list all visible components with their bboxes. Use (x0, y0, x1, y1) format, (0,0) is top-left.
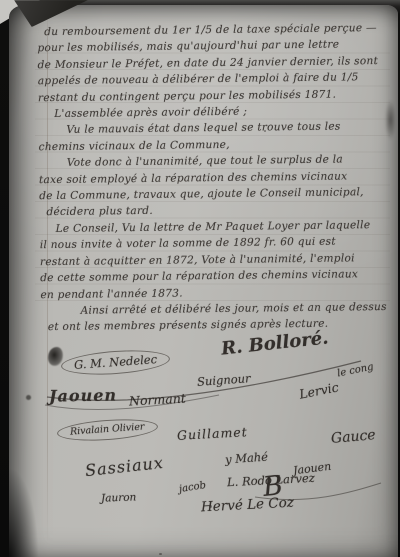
manuscript-text-block: du remboursement du 1er 1/5 de la taxe s… (37, 20, 398, 336)
signature-guillamet: Guillamet (177, 424, 248, 443)
signature-annotation-le-cong: le cong (336, 362, 374, 380)
signature-jacob: jacob (178, 480, 206, 495)
signature-jaouen-1: Jaouen (49, 385, 117, 405)
scanned-register-photo: du remboursement du 1er 1/5 de la taxe s… (0, 0, 400, 557)
paper-speck (264, 130, 266, 132)
manuscript-page: du remboursement du 1er 1/5 de la taxe s… (9, 5, 398, 557)
manuscript-line: et ont les membres présents signés après… (48, 315, 398, 336)
signature-sassiaux: Sassiaux (84, 453, 164, 480)
paper-speck (159, 553, 162, 555)
edge-smudge (385, 100, 396, 140)
ink-speck (26, 395, 31, 400)
signature-mahe: y Mahé (225, 450, 269, 467)
signature-olivier: Rivalain Olivier (56, 417, 158, 444)
binding-corner-shadow (9, 467, 39, 557)
signature-gauce: Gauce (330, 427, 376, 447)
signature-normant: Normant (129, 391, 187, 409)
signature-lervic: Lervic (298, 379, 340, 401)
signature-herve-le-coz: Hervé Le Coz (201, 495, 295, 516)
signature-nedelec: G. M. Nedelec (60, 347, 170, 378)
ink-blot (48, 347, 63, 366)
paper-speck (209, 505, 212, 508)
signature-jauron: Jauron (101, 491, 137, 504)
signature-suignour: Suignour (197, 371, 251, 389)
